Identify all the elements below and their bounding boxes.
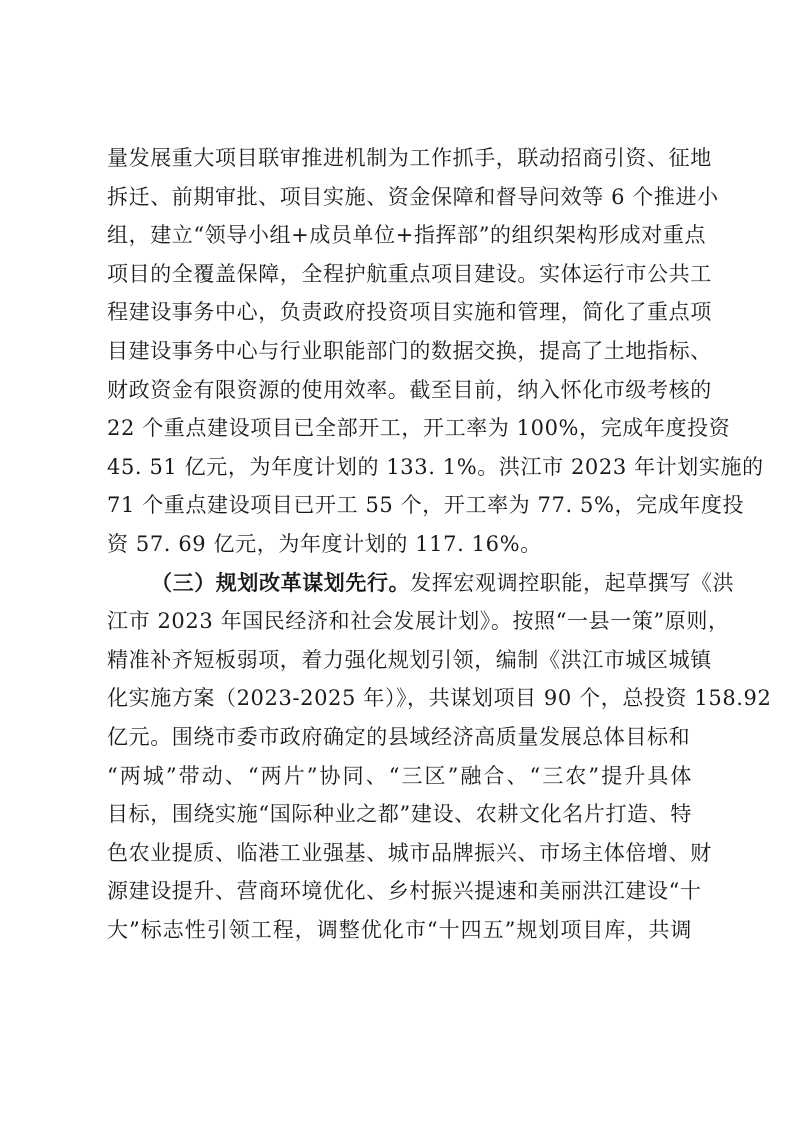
text-line: 目标，围绕实施“国际种业之都”建设、农耕文化名片打造、特 (107, 795, 692, 834)
text-line: 化实施方案（2023-2025 年）》，共谋划项目 90 个，总投资 158.9… (107, 679, 692, 718)
text-line: 量发展重大项目联审推进机制为工作抓手，联动招商引资、征地 (107, 139, 692, 178)
text-line: 资 57. 69 亿元，为年度计划的 117. 16%。 (107, 525, 692, 564)
text-line: 程建设事务中心，负责政府投资项目实施和管理，简化了重点项 (107, 293, 692, 332)
text-span: 发挥宏观调控职能，起草撰写《洪 (410, 571, 734, 595)
text-line: 组，建立“领导小组+成员单位+指挥部”的组织架构形成对重点 (107, 216, 692, 255)
section-first-line: （三）规划改革谋划先行。发挥宏观调控职能，起草撰写《洪 (107, 564, 692, 603)
text-line: 江市 2023 年国民经济和社会发展计划》。按照“一县一策”原则， (107, 602, 692, 641)
text-line: 71 个重点建设项目已开工 55 个，开工率为 77. 5%，完成年度投 (107, 486, 692, 525)
text-line: 项目的全覆盖保障，全程护航重点项目建设。实体运行市公共工 (107, 255, 692, 294)
text-line: 源建设提升、营商环境优化、乡村振兴提速和美丽洪江建设“十 (107, 872, 692, 911)
text-line: 45. 51 亿元，为年度计划的 133. 1%。洪江市 2023 年计划实施的 (107, 448, 692, 487)
paragraph-2: （三）规划改革谋划先行。发挥宏观调控职能，起草撰写《洪 江市 2023 年国民经… (107, 564, 692, 950)
text-line: 精准补齐短板弱项，着力强化规划引领，编制《洪江市城区城镇 (107, 641, 692, 680)
text-line: 拆迁、前期审批、项目实施、资金保障和督导问效等 6 个推进小 (107, 178, 692, 217)
text-line: 亿元。围绕市委市政府确定的县域经济高质量发展总体目标和 (107, 718, 692, 757)
text-line: 22 个重点建设项目已全部开工，开工率为 100%，完成年度投资 (107, 409, 692, 448)
text-line: 财政资金有限资源的使用效率。截至目前，纳入怀化市级考核的 (107, 371, 692, 410)
text-line: 色农业提质、临港工业强基、城市品牌振兴、市场主体倍增、财 (107, 834, 692, 873)
section-heading: （三）规划改革谋划先行。 (151, 571, 410, 595)
text-line: “两城”带动、“两片”协同、“三区”融合、“三农”提升具体 (107, 757, 692, 796)
text-line: 目建设事务中心与行业职能部门的数据交换，提高了土地指标、 (107, 332, 692, 371)
document-page: 量发展重大项目联审推进机制为工作抓手，联动招商引资、征地 拆迁、前期审批、项目实… (107, 139, 692, 949)
text-line: 大”标志性引领工程，调整优化市“十四五”规划项目库，共调 (107, 911, 692, 950)
paragraph-1: 量发展重大项目联审推进机制为工作抓手，联动招商引资、征地 拆迁、前期审批、项目实… (107, 139, 692, 564)
